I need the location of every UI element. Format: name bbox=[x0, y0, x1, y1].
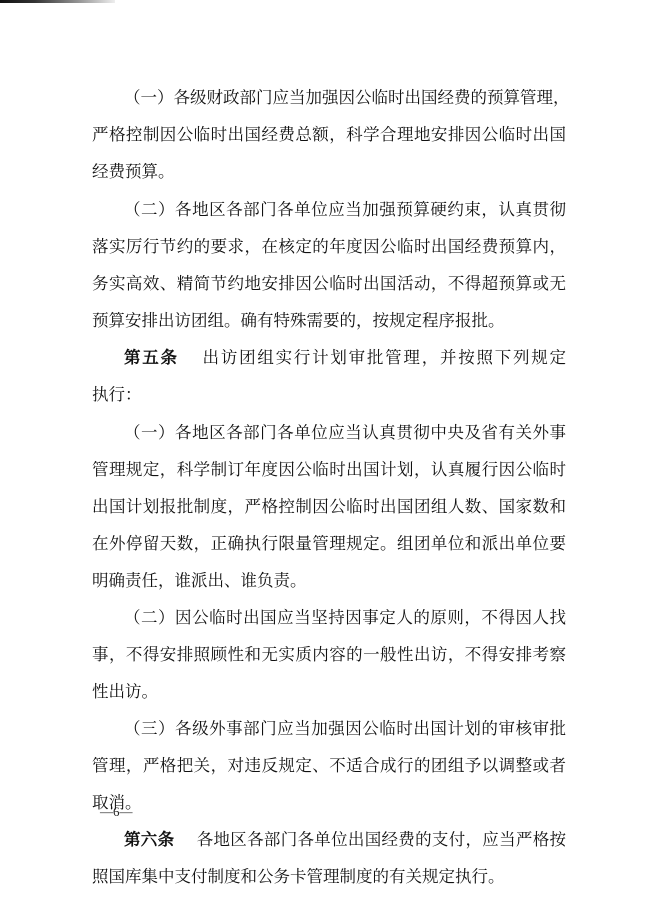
scan-edge-artifact bbox=[0, 0, 115, 3]
paragraph-line: （三）各级外事部门应当加强因公临时出国计划的审核审批 bbox=[124, 717, 566, 741]
paragraph-line: 性出访。 bbox=[92, 680, 566, 704]
article-5-text: 出访团组实行计划审批管理，并按照下列规定 bbox=[201, 348, 566, 367]
paragraph-line: 预算安排出访团组。确有特殊需要的，按规定程序报批。 bbox=[92, 309, 566, 333]
paragraph-line: 出国计划报批制度，严格控制因公临时出国团组人数、国家数和 bbox=[92, 495, 566, 519]
paragraph-line: 经费预算。 bbox=[92, 160, 566, 184]
paragraph-line: 务实高效、精简节约地安排因公临时出国活动，不得超预算或无 bbox=[92, 272, 566, 296]
paragraph-line: 落实厉行节约的要求，在核定的年度因公临时出国经费预算内， bbox=[92, 235, 566, 259]
paragraph-line: 管理规定，科学制订年度因公临时出国计划，认真履行因公临时 bbox=[92, 458, 566, 482]
paragraph-line: （一）各级财政部门应当加强因公临时出国经费的预算管理， bbox=[124, 86, 566, 110]
article-6-text: 各地区各部门各单位出国经费的支付，应当严格按 bbox=[196, 830, 566, 849]
paragraph-line: 照国库集中支付制度和公务卡管理制度的有关规定执行。 bbox=[92, 865, 566, 889]
page-number: —6— bbox=[100, 804, 133, 820]
paragraph-line: （二）因公临时出国应当坚持因事定人的原则，不得因人找 bbox=[124, 606, 566, 630]
paragraph-line: 管理，严格把关，对违反规定、不适合成行的团组予以调整或者 bbox=[92, 754, 566, 778]
paragraph-line: （二）各地区各部门各单位应当加强预算硬约束，认真贯彻 bbox=[124, 198, 566, 222]
paragraph-line: 取消。 bbox=[92, 791, 566, 815]
paragraph-line: 执行： bbox=[92, 383, 566, 407]
paragraph-line: （一）各地区各部门各单位应当认真贯彻中央及省有关外事 bbox=[124, 421, 566, 445]
article-6-heading: 第六条 bbox=[124, 830, 174, 849]
article-6-line: 第六条各地区各部门各单位出国经费的支付，应当严格按 bbox=[124, 828, 566, 852]
paragraph-line: 严格控制因公临时出国经费总额，科学合理地安排因公临时出国 bbox=[92, 123, 566, 147]
paragraph-line: 明确责任，谁派出、谁负责。 bbox=[92, 569, 566, 593]
paragraph-line: 事，不得安排照顾性和无实质内容的一般性出访，不得安排考察 bbox=[92, 643, 566, 667]
article-5-heading: 第五条 bbox=[124, 348, 179, 367]
article-5-line: 第五条出访团组实行计划审批管理，并按照下列规定 bbox=[124, 346, 566, 370]
paragraph-line: 在外停留天数，正确执行限量管理规定。组团单位和派出单位要 bbox=[92, 532, 566, 556]
